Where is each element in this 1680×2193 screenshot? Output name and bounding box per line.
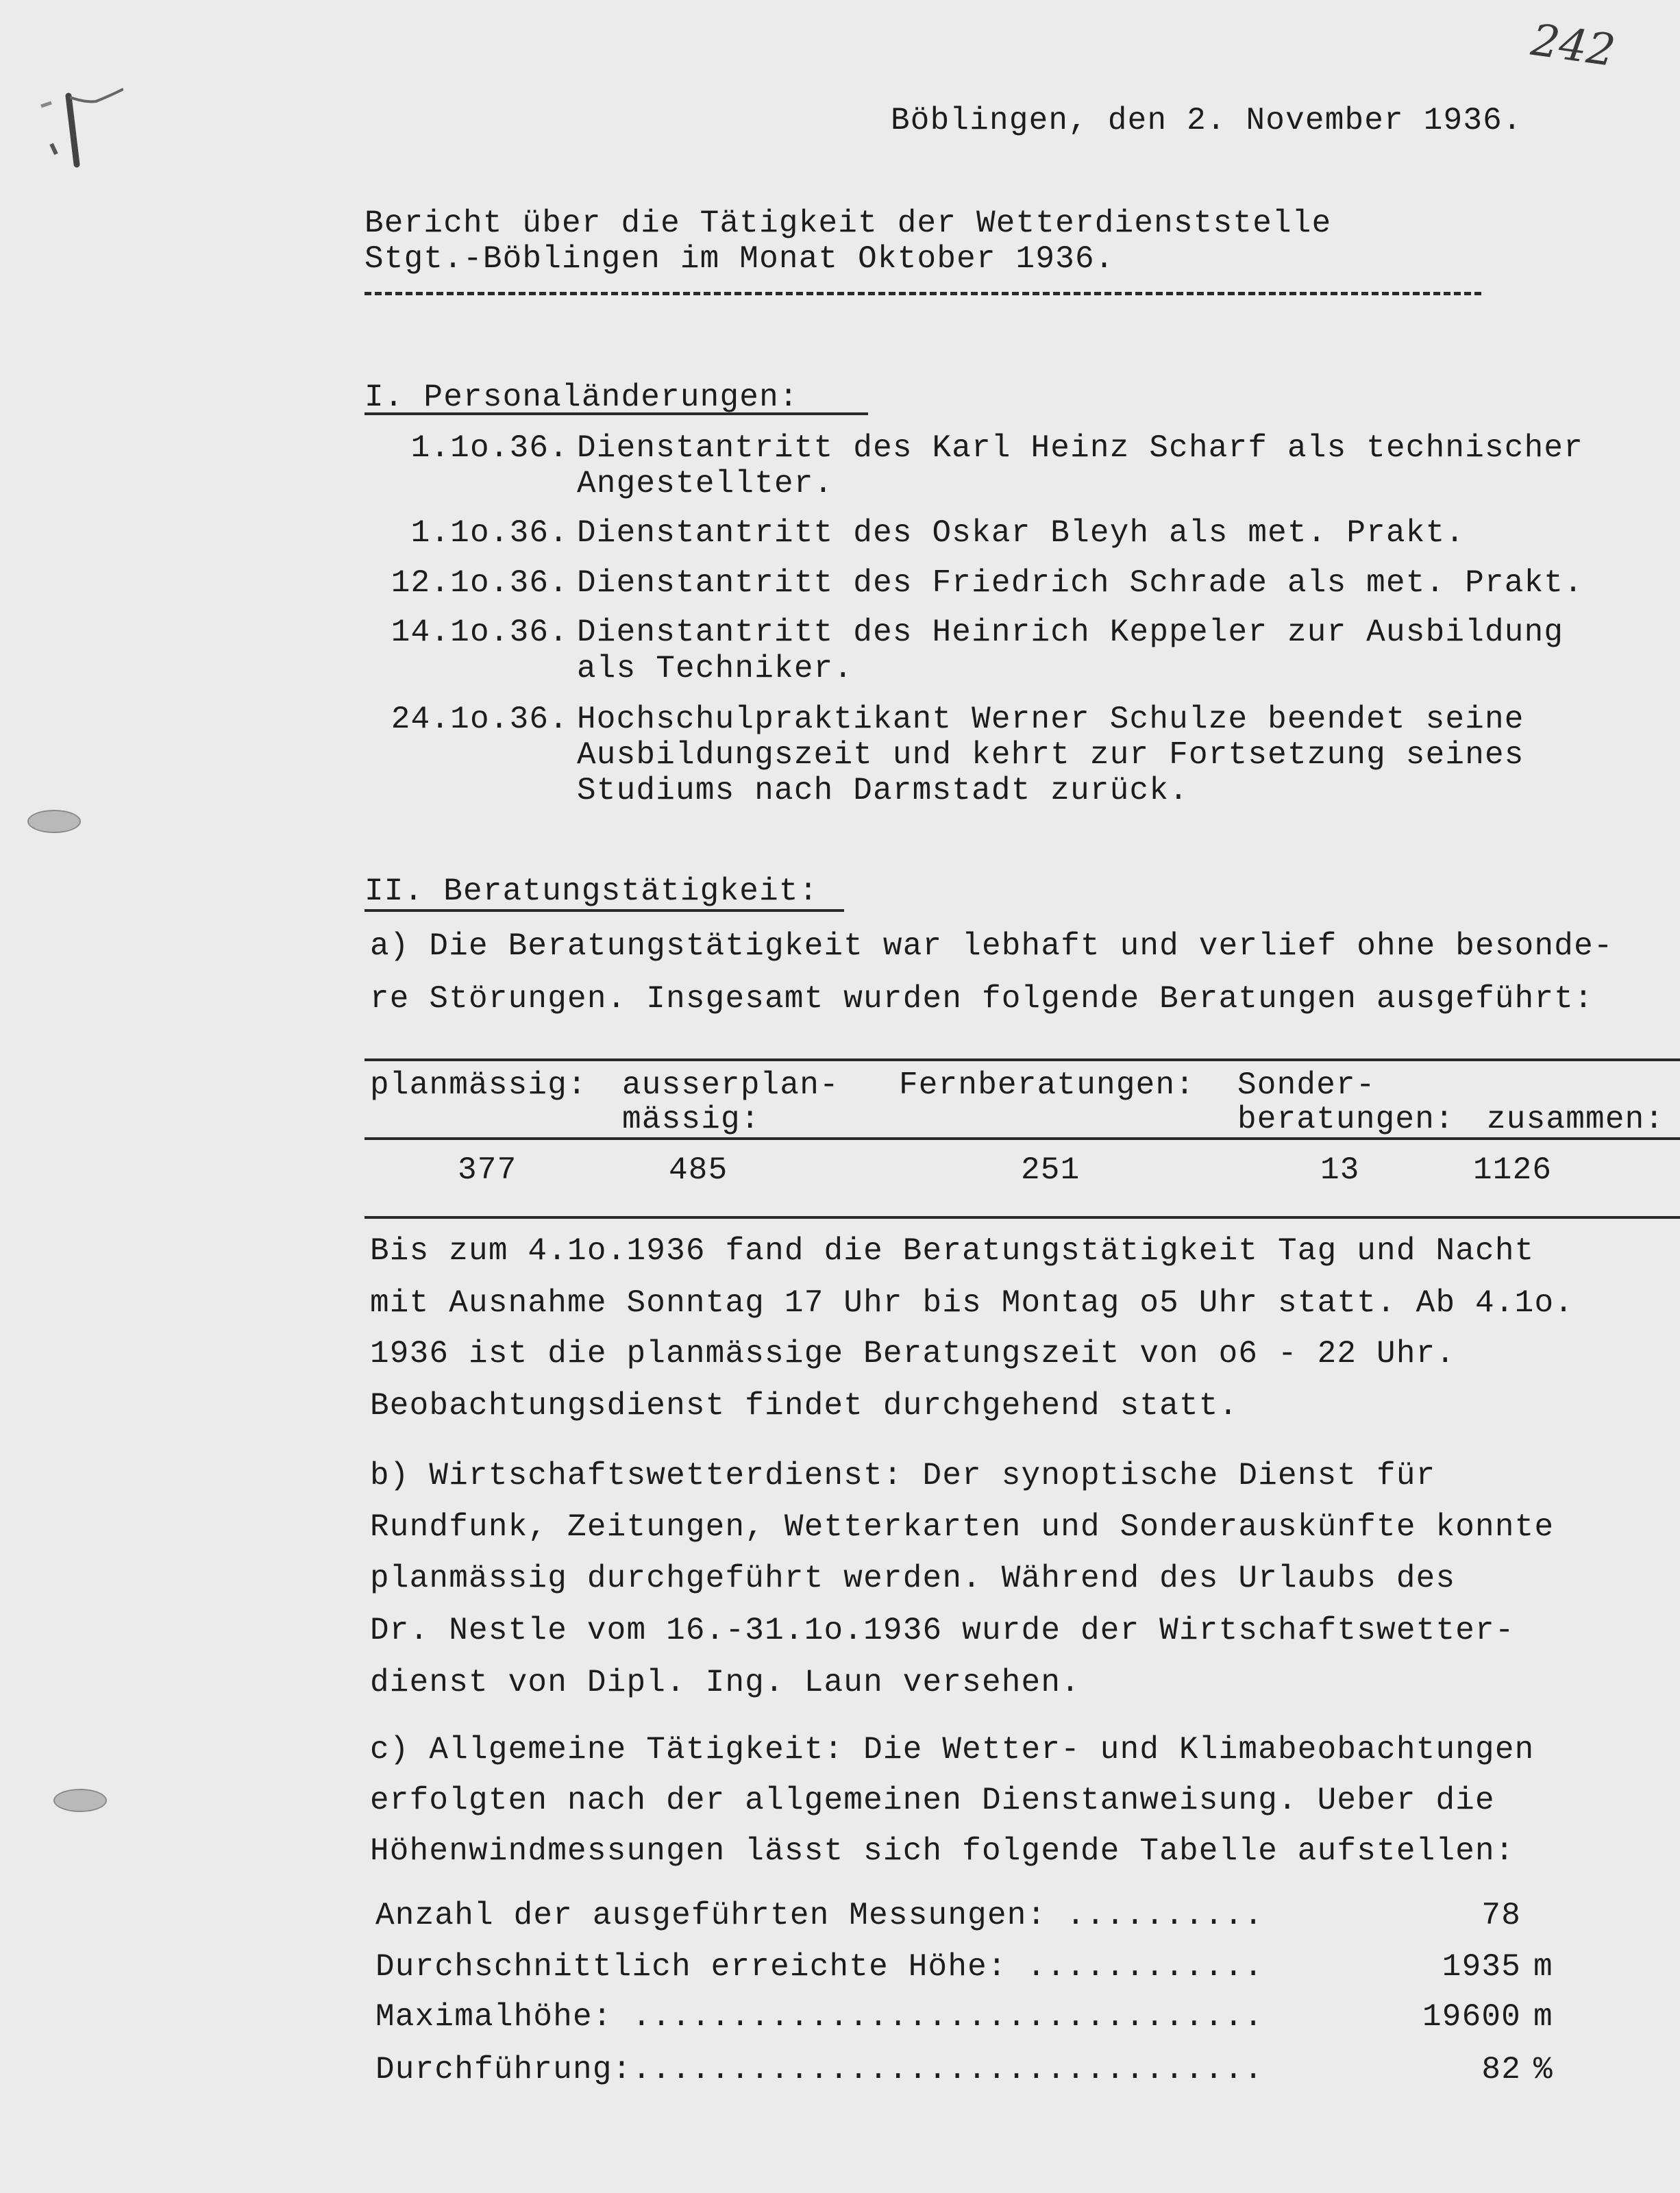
wind-row-unit: % [1533, 2052, 1553, 2087]
table-header-cell: ausserplan- [622, 1067, 839, 1103]
para-b-line: dienst von Dipl. Ing. Laun versehen. [370, 1665, 1080, 1700]
entry-text-line: Angestellter. [577, 466, 833, 501]
wind-row-value: 78 [1302, 1898, 1521, 1933]
table-value-planned: 377 [458, 1152, 517, 1188]
section-heading-underline [365, 412, 868, 415]
entry-text-line: Dienstantritt des Heinrich Keppeler zur … [577, 615, 1564, 650]
document-page: 242 Böblingen, den 2. November 1936. Ber… [0, 0, 1680, 2193]
hole-punch-top [27, 810, 81, 833]
table-value-special: 13 [1320, 1152, 1360, 1188]
section-heading-consulting: II. Beratungstätigkeit: [365, 874, 819, 909]
table-value-remote: 251 [1021, 1152, 1080, 1188]
handwritten-margin-mark-icon [21, 75, 123, 171]
entry-date: 12.1o.36. [363, 565, 569, 601]
table-header-cell: Sonder- [1237, 1067, 1376, 1103]
para-a2-line: 1936 ist die planmässige Beratungszeit v… [370, 1336, 1455, 1372]
para-a2-line: Beobachtungsdienst findet durchgehend st… [370, 1388, 1238, 1424]
entry-date: 1.1o.36. [363, 430, 569, 466]
table-value-unplanned: 485 [669, 1152, 728, 1188]
report-title-line2: Stgt.-Böblingen im Monat Oktober 1936. [365, 241, 1115, 277]
para-a-line: re Störungen. Insgesamt wurden folgende … [370, 981, 1594, 1017]
table-header-cell: planmässig: [370, 1067, 587, 1103]
folio-number: 242 [1528, 15, 1618, 77]
entry-text-line: Studiums nach Darmstadt zurück. [577, 773, 1189, 808]
para-c-line: Höhenwindmessungen lässt sich folgende T… [370, 1833, 1515, 1869]
table-header-cell: Fernberatungen: [899, 1067, 1195, 1103]
entry-text-line: Dienstantritt des Karl Heinz Scharf als … [577, 430, 1583, 466]
wind-row-label: Durchführung:...........................… [375, 2052, 1263, 2087]
entry-text-line: Dienstantritt des Friedrich Schrade als … [577, 565, 1583, 601]
para-a-line: a) Die Beratungstätigkeit war lebhaft un… [370, 928, 1614, 964]
title-divider [365, 292, 1481, 295]
para-b-line: Rundfunk, Zeitungen, Wetterkarten und So… [370, 1509, 1554, 1545]
table-value-total: 1126 [1473, 1152, 1552, 1188]
report-title-line1: Bericht über die Tätigkeit der Wetterdie… [365, 206, 1331, 241]
table-header-cell: mässig: [622, 1102, 761, 1137]
table-header-cell: zusammen: [1487, 1102, 1664, 1137]
wind-row-label: Maximalhöhe: ...........................… [375, 1999, 1263, 2035]
section-heading-underline [365, 909, 844, 912]
place-date: Böblingen, den 2. November 1936. [891, 103, 1522, 138]
section-heading-personnel: I. Personaländerungen: [365, 380, 799, 415]
hole-punch-bottom [53, 1789, 107, 1812]
wind-row-unit: m [1533, 1949, 1553, 1985]
table-bottom-rule [365, 1216, 1680, 1219]
wind-row-label: Durchschnittlich erreichte Höhe: .......… [375, 1949, 1263, 1985]
wind-row-value: 19600 [1302, 1999, 1521, 2035]
para-b-line: b) Wirtschaftswetterdienst: Der synoptis… [370, 1458, 1435, 1494]
wind-row-value: 82 [1302, 2052, 1521, 2087]
entry-date: 14.1o.36. [363, 615, 569, 650]
table-header-rule [365, 1137, 1680, 1140]
wind-row-label: Anzahl der ausgeführten Messungen: .....… [375, 1898, 1263, 1933]
para-b-line: planmässig durchgeführt werden. Während … [370, 1561, 1455, 1596]
para-b-line: Dr. Nestle vom 16.-31.1o.1936 wurde der … [370, 1613, 1515, 1648]
entry-text-line: Ausbildungszeit und kehrt zur Fortsetzun… [577, 737, 1524, 773]
entry-text-line: Hochschulpraktikant Werner Schulze beend… [577, 702, 1524, 737]
wind-row-unit: m [1533, 1999, 1553, 2035]
entry-date: 1.1o.36. [363, 515, 569, 551]
para-a2-line: mit Ausnahme Sonntag 17 Uhr bis Montag o… [370, 1285, 1574, 1321]
table-header-cell: beratungen: [1237, 1102, 1455, 1137]
entry-date: 24.1o.36. [363, 702, 569, 737]
entry-text-line: als Techniker. [577, 651, 853, 686]
para-a2-line: Bis zum 4.1o.1936 fand die Beratungstäti… [370, 1233, 1534, 1269]
entry-text-line: Dienstantritt des Oskar Bleyh als met. P… [577, 515, 1465, 551]
para-c-line: erfolgten nach der allgemeinen Dienstanw… [370, 1783, 1495, 1818]
para-c-line: c) Allgemeine Tätigkeit: Die Wetter- und… [370, 1732, 1534, 1768]
wind-row-value: 1935 [1302, 1949, 1521, 1985]
table-top-rule [365, 1058, 1680, 1061]
